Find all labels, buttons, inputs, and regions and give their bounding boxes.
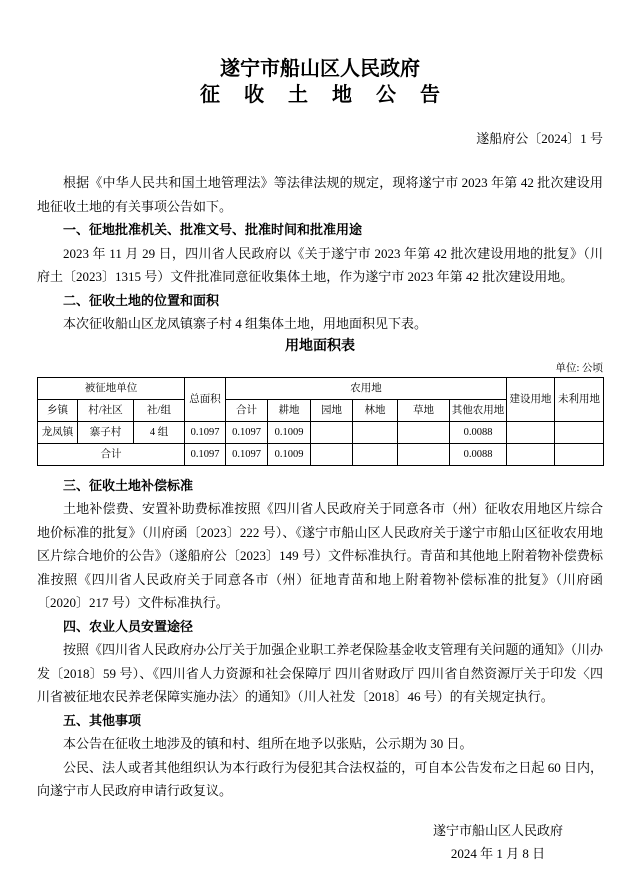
section-heading-4: 四、农业人员安置途径 (37, 615, 603, 639)
signature-issuer: 遂宁市船山区人民政府 (433, 819, 563, 843)
paragraph-location: 本次征收船山区龙凤镇寨子村 4 组集体土地，用地面积见下表。 (37, 312, 603, 336)
paragraph-intro: 根据《中华人民共和国土地管理法》等法律法规的规定，现将遂宁市 2023 年第 4… (37, 171, 603, 218)
announcement-page: 遂宁市船山区人民政府 征收土地公告 遂船府公〔2024〕1 号 根据《中华人民共… (0, 0, 641, 872)
section-heading-1: 一、征地批准机关、批准文号、批准时间和批准用途 (37, 218, 603, 242)
cell-farm-total: 0.1097 (226, 421, 268, 443)
table-header-row-1: 被征地单位 总面积 农用地 建设用地 未利用地 (38, 377, 604, 399)
cell-village: 寨子村 (78, 421, 134, 443)
col-header-town: 乡镇 (38, 399, 78, 421)
cell-construction (507, 421, 555, 443)
total-cell-forest (353, 443, 398, 465)
table-total-row: 合计 0.1097 0.1097 0.1009 0.0088 (38, 443, 604, 465)
col-header-farmland: 农用地 (226, 377, 507, 399)
cell-grass (398, 421, 450, 443)
col-header-group: 社/组 (134, 399, 185, 421)
total-cell-total-area: 0.1097 (185, 443, 226, 465)
cell-cultivated: 0.1009 (268, 421, 311, 443)
col-header-total-area: 总面积 (185, 377, 226, 421)
col-header-expropriated-unit: 被征地单位 (38, 377, 185, 399)
document-body: 根据《中华人民共和国土地管理法》等法律法规的规定，现将遂宁市 2023 年第 4… (37, 171, 603, 866)
cell-garden (311, 421, 353, 443)
page-subtitle: 征收土地公告 (37, 82, 603, 108)
section-heading-2: 二、征收土地的位置和面积 (37, 289, 603, 313)
col-header-village: 村/社区 (78, 399, 134, 421)
page-content: 遂宁市船山区人民政府 征收土地公告 遂船府公〔2024〕1 号 根据《中华人民共… (0, 0, 641, 866)
paragraph-resettlement: 按照《四川省人民政府办公厅关于加强企业职工养老保险基金收支管理有关问题的通知》（… (37, 638, 603, 709)
col-header-grass: 草地 (398, 399, 450, 421)
table-title: 用地面积表 (37, 336, 603, 358)
cell-other-farmland: 0.0088 (450, 421, 507, 443)
cell-total-area: 0.1097 (185, 421, 226, 443)
signature-block: 遂宁市船山区人民政府 2024 年 1 月 8 日 (37, 819, 603, 866)
cell-forest (353, 421, 398, 443)
section-heading-3: 三、征收土地补偿标准 (37, 474, 603, 498)
signature-date: 2024 年 1 月 8 日 (433, 842, 563, 866)
col-header-construction-land: 建设用地 (507, 377, 555, 421)
signature-inner: 遂宁市船山区人民政府 2024 年 1 月 8 日 (433, 819, 563, 866)
section-heading-5: 五、其他事项 (37, 709, 603, 733)
total-cell-cultivated: 0.1009 (268, 443, 311, 465)
col-header-other-farmland: 其他农用地 (450, 399, 507, 421)
land-area-table: 被征地单位 总面积 农用地 建设用地 未利用地 乡镇 村/社区 社/组 合计 耕… (37, 377, 604, 466)
table-row: 龙凤镇 寨子村 4 组 0.1097 0.1097 0.1009 0.0088 (38, 421, 604, 443)
total-cell-garden (311, 443, 353, 465)
total-cell-farm-total: 0.1097 (226, 443, 268, 465)
paragraph-review-rights: 公民、法人或者其他组织认为本行政行为侵犯其合法权益的，可自本公告发布之日起 60… (37, 756, 603, 803)
total-cell-unused (555, 443, 604, 465)
paragraph-compensation: 土地补偿费、安置补助费标准按照《四川省人民政府关于同意各市（州）征收农用地区片综… (37, 497, 603, 615)
page-title: 遂宁市船山区人民政府 (37, 57, 603, 82)
cell-town: 龙凤镇 (38, 421, 78, 443)
total-cell-grass (398, 443, 450, 465)
total-row-label: 合计 (38, 443, 185, 465)
col-header-forest: 林地 (353, 399, 398, 421)
col-header-unused-land: 未利用地 (555, 377, 604, 421)
col-header-garden: 园地 (311, 399, 353, 421)
col-header-cultivated: 耕地 (268, 399, 311, 421)
cell-unused (555, 421, 604, 443)
total-cell-construction (507, 443, 555, 465)
total-cell-other-farmland: 0.0088 (450, 443, 507, 465)
paragraph-posting: 本公告在征收土地涉及的镇和村、组所在地予以张贴，公示期为 30 日。 (37, 732, 603, 756)
table-unit-note: 单位: 公顷 (37, 362, 603, 375)
document-number: 遂船府公〔2024〕1 号 (37, 131, 603, 147)
cell-group: 4 组 (134, 421, 185, 443)
paragraph-approval: 2023 年 11 月 29 日，四川省人民政府以《关于遂宁市 2023 年第 … (37, 242, 603, 289)
col-header-farm-total: 合计 (226, 399, 268, 421)
